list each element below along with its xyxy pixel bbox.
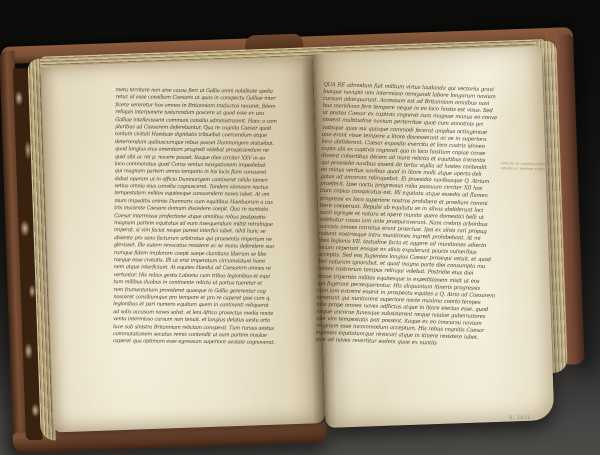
text-line: caperet qua optimum esse egressum superi… — [113, 338, 275, 347]
marginal-gloss-line-2: navalis ac meliore vento — [500, 166, 552, 172]
left-page: metu territare non sine causa fieri ut G… — [41, 57, 326, 432]
right-page-text: QUA RE admodum fuit militum virtus lauda… — [315, 82, 501, 350]
left-page-text: metu territare non sine causa fieri ut G… — [113, 87, 277, 347]
open-codex: metu territare non sine causa fieri ut G… — [0, 27, 587, 453]
right-page: QUA RE admodum fuit militum virtus lauda… — [313, 46, 555, 428]
marginal-gloss: cum de ea cognita adflictas navalis ac m… — [500, 161, 552, 172]
pencil-shelfmark: B. 1011 — [509, 416, 530, 421]
